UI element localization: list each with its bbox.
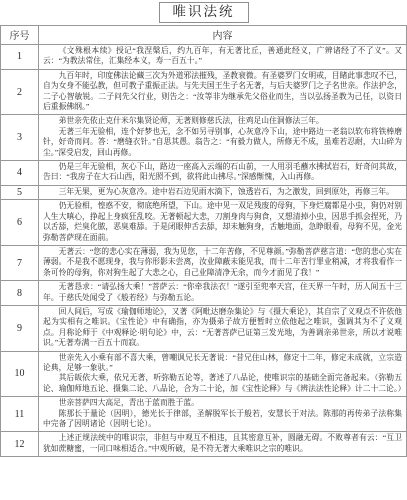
table-row: 3 弟世亲先依止克什米尔集贤论师，无著则修慈氏法，往鸡足山住洞修法三年。 无著三…: [1, 115, 407, 161]
row-number: 11: [1, 397, 39, 432]
row-content: 仍无验相，惶惑不安，彻底绝所望，下山。途中见一双足残废的母狗，下身烂腐都是小虫，…: [39, 200, 407, 246]
paragraph: 世亲菩萨四大高足，青出于蓝而胜于蓝。: [43, 398, 402, 408]
table-row: 1 《文殊根本续》授记“我涅槃后，约九百年，有无著比丘，善通此经义，广辨诸经了不…: [1, 45, 407, 70]
row-content: 上述正规法统中的唯识宗，非但与中观互不相违，且其密意互补，圆融无碍。不败尊者有云…: [39, 432, 407, 457]
table-row: 4 仍是三年无验相，灰心下山，路边一座高入云端的石山前，一人用羽毛蘸水拂拭岩石，…: [1, 161, 407, 186]
row-number: 2: [1, 69, 39, 115]
row-number: 9: [1, 305, 39, 351]
paragraph: 仍无验相，惶惑不安，彻底绝所望，下山。途中见一双足残废的母狗，下身烂腐都是小虫，…: [43, 201, 402, 243]
row-content: 仍是三年无验相，灰心下山，路边一座高入云端的石山前，一人用羽毛蘸水拂拭岩石，好奇…: [39, 161, 407, 186]
paragraph: 上述正规法统中的唯识宗，非但与中观互不相违，且其密意互补，圆融无碍。不败尊者有云…: [43, 433, 402, 454]
row-content: 世亲菩萨四大高足，青出于蓝而胜于蓝。 陈那长于量论（因明），德光长于律部，圣解脱…: [39, 397, 407, 432]
row-number: 3: [1, 115, 39, 161]
table-row: 10 世亲先入小乘有部不喜大乘，曾嘲讽兄长无著说：“昔兄住山林，修定十二年，修定…: [1, 351, 407, 397]
row-number: 7: [1, 245, 39, 280]
row-content: 无著恳求：“请弘扬大乘！”菩萨云：“你牵我法衣！”遂引至兜率天宫，住天界一午时，…: [39, 281, 407, 306]
table-row: 6 仍无验相，惶惑不安，彻底绝所望，下山。途中见一双足残废的母狗，下身烂腐都是小…: [1, 200, 407, 246]
table-row: 7 无著云：“您的悲心实在薄弱，我为见您，十二年苦修，不见尊颜。”弥勒菩萨慈言道…: [1, 245, 407, 280]
row-number: 4: [1, 161, 39, 186]
table-row: 12 上述正规法统中的唯识宗，非但与中观互不相违，且其密意互补，圆融无碍。不败尊…: [1, 432, 407, 457]
paragraph: 无著恳求：“请弘扬大乘！”菩萨云：“你牵我法衣！”遂引至兜率天宫，住天界一午时，…: [43, 282, 402, 303]
column-header-content: 内容: [39, 26, 407, 45]
paragraph: 三年无果，更为心灰意冷。途中岩石边见雨水滴下，蚀透岩石，为之激发，回到原处，再修…: [43, 187, 402, 197]
row-content: 九百年时，印度佛法论藏三次为外道邪法摧残，圣教衰微。有圣婆罗门女明戒，目睹此事悲…: [39, 69, 407, 115]
row-content: 无著云：“您的悲心实在薄弱，我为见您，十二年苦修，不见尊颜。”弥勒菩萨慈言道：“…: [39, 245, 407, 280]
title-container: 唯识法统: [0, 0, 407, 23]
paragraph: 弟世亲先依止克什米尔集贤论师，无著则修慈氏法，往鸡足山住洞修法三年。: [43, 116, 402, 126]
table-row: 2 九百年时，印度佛法论藏三次为外道邪法摧残，圣教衰微。有圣婆罗门女明戒，目睹此…: [1, 69, 407, 115]
paragraph: 无著云：“您的悲心实在薄弱，我为见您，十二年苦修，不见尊颜。”弥勒菩萨慈言道：“…: [43, 247, 402, 278]
paragraph: 仍是三年无验相，灰心下山，路边一座高入云端的石山前，一人用羽毛蘸水拂拭岩石，好奇…: [43, 162, 402, 183]
table-row: 9 回人间后，写成《瑜伽师地论》，又著《阿毗达磨杂集论》与《摄大乘论》，其自宗了…: [1, 305, 407, 351]
row-content: 回人间后，写成《瑜伽师地论》，又著《阿毗达磨杂集论》与《摄大乘论》，其自宗了义观…: [39, 305, 407, 351]
table-row: 11 世亲菩萨四大高足，青出于蓝而胜于蓝。 陈那长于量论（因明），德光长于律部，…: [1, 397, 407, 432]
content-table: 序号 内容 1 《文殊根本续》授记“我涅槃后，约九百年，有无著比丘，善通此经义，…: [0, 25, 407, 457]
row-number: 8: [1, 281, 39, 306]
row-content: 《文殊根本续》授记“我涅槃后，约九百年，有无著比丘，善通此经义，广辨诸经了不了义…: [39, 45, 407, 70]
row-content: 三年无果，更为心灰意冷。途中岩石边见雨水滴下，蚀透岩石，为之激发，回到原处，再修…: [39, 185, 407, 199]
row-content: 世亲先入小乘有部不喜大乘，曾嘲讽兄长无著说：“昔兄住山林，修定十二年，修定未成就…: [39, 351, 407, 397]
paragraph: 陈那长于量论（因明），德光长于律部，圣解脱军长于般若，安慧长于对法。陈那的再传弟…: [43, 409, 402, 430]
row-content: 弟世亲先依止克什米尔集贤论师，无著则修慈氏法，往鸡足山住洞修法三年。 无著三年无…: [39, 115, 407, 161]
document-page: 唯识法统 序号 内容 1 《文殊根本续》授记“我涅槃后，约九百年，有无著比丘，善…: [0, 0, 407, 500]
paragraph: 《文殊根本续》授记“我涅槃后，约九百年，有无著比丘，善通此经义，广辨诸经了不了义…: [43, 46, 402, 67]
paragraph: 其后皈依大乘，依兄无著，听弥勒五论等，著述了八品论，使唯识宗的基础全面完备起来。…: [43, 373, 402, 394]
table-row: 8 无著恳求：“请弘扬大乘！”菩萨云：“你牵我法衣！”遂引至兜率天宫，住天界一午…: [1, 281, 407, 306]
row-number: 6: [1, 200, 39, 246]
row-number: 1: [1, 45, 39, 70]
paragraph: 回人间后，写成《瑜伽师地论》，又著《阿毗达磨杂集论》与《摄大乘论》，其自宗了义观…: [43, 307, 402, 349]
paragraph: 无著三年无验相，连个好梦也无，念不如另寻别事，心灰意冷下山，途中路边一老翁以软布…: [43, 127, 402, 158]
row-number: 10: [1, 351, 39, 397]
table-row: 5 三年无果，更为心灰意冷。途中岩石边见雨水滴下，蚀透岩石，为之激发，回到原处，…: [1, 185, 407, 199]
page-title: 唯识法统: [159, 2, 249, 23]
row-number: 5: [1, 185, 39, 199]
row-number: 12: [1, 432, 39, 457]
header-row: 序号 内容: [1, 26, 407, 45]
column-header-index: 序号: [1, 26, 39, 45]
paragraph: 九百年时，印度佛法论藏三次为外道邪法摧残，圣教衰微。有圣婆罗门女明戒，目睹此事悲…: [43, 71, 402, 113]
paragraph: 世亲先入小乘有部不喜大乘，曾嘲讽兄长无著说：“昔兄住山林，修定十二年，修定未成就…: [43, 353, 402, 374]
